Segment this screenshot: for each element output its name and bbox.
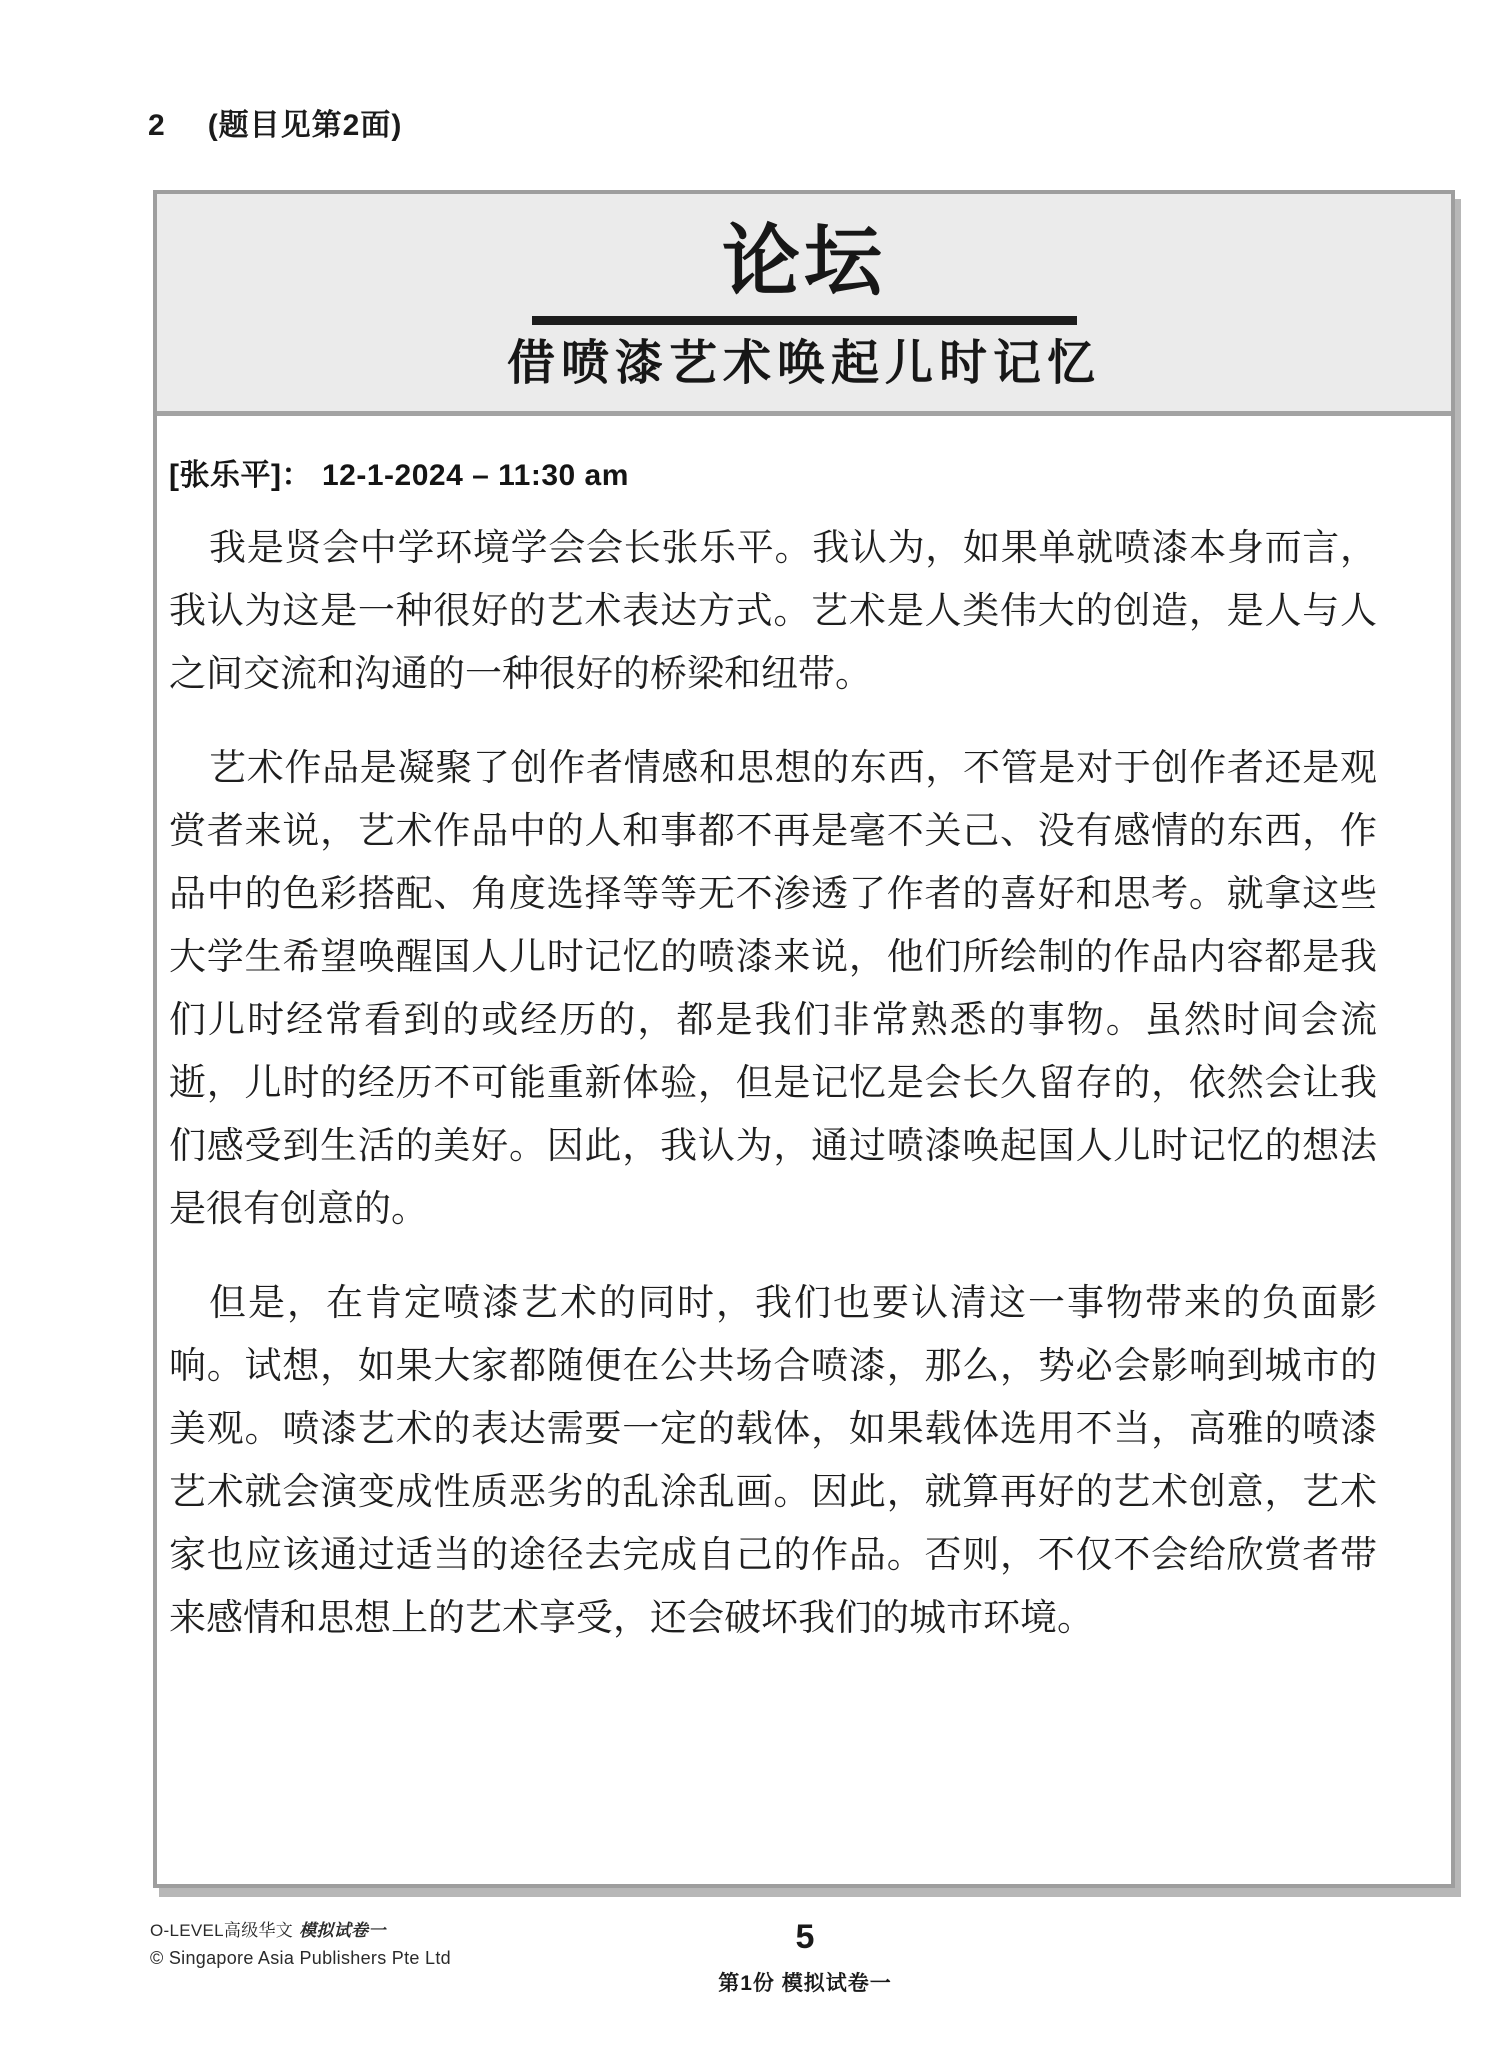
post-meta-line: [张乐平]：12-1-2024 – 11:30 am: [169, 450, 1377, 494]
forum-post-body: [张乐平]：12-1-2024 – 11:30 am 我是贤会中学环境学会会长张…: [157, 416, 1451, 1649]
footer-copyright: © Singapore Asia Publishers Pte Ltd: [150, 1948, 451, 1969]
forum-subtitle: 借喷漆艺术唤起儿时记忆: [157, 337, 1451, 389]
page-header: 2(题目见第2面): [148, 100, 402, 144]
footer-series-line: O-LEVEL高级华文模拟试卷一: [150, 1916, 451, 1941]
post-paragraph-1: 我是贤会中学环境学会会长张乐平。我认为，如果单就喷漆本身而言，我认为这是一种很好…: [169, 516, 1377, 705]
footer-series-title: O-LEVEL高级华文: [150, 1921, 293, 1940]
title-underline-rule: [532, 316, 1077, 325]
footer-section-label: 第1份 模拟试卷一: [675, 1967, 935, 1997]
footer-series-suffix: 模拟试卷一: [299, 1921, 386, 1940]
post-author: [张乐平]：: [169, 459, 312, 492]
forum-title-box: 论坛 借喷漆艺术唤起儿时记忆: [157, 194, 1451, 416]
forum-panel: 论坛 借喷漆艺术唤起儿时记忆 [张乐平]：12-1-2024 – 11:30 a…: [153, 190, 1455, 1888]
post-datetime: 12-1-2024 – 11:30 am: [322, 459, 629, 492]
post-paragraph-3: 但是，在肯定喷漆艺术的同时，我们也要认清这一事物带来的负面影响。试想，如果大家都…: [169, 1271, 1377, 1649]
post-paragraph-2: 艺术作品是凝聚了创作者情感和思想的东西，不管是对于创作者还是观赏者来说，艺术作品…: [169, 736, 1377, 1240]
page-header-number: 2: [148, 109, 166, 142]
footer-page-number: 5: [675, 1918, 935, 1957]
footer-publisher-block: O-LEVEL高级华文模拟试卷一 © Singapore Asia Publis…: [150, 1916, 451, 1969]
forum-title: 论坛: [157, 220, 1451, 304]
footer-page-block: 5 第1份 模拟试卷一: [675, 1918, 935, 1997]
page-header-note: (题目见第2面): [208, 109, 403, 142]
